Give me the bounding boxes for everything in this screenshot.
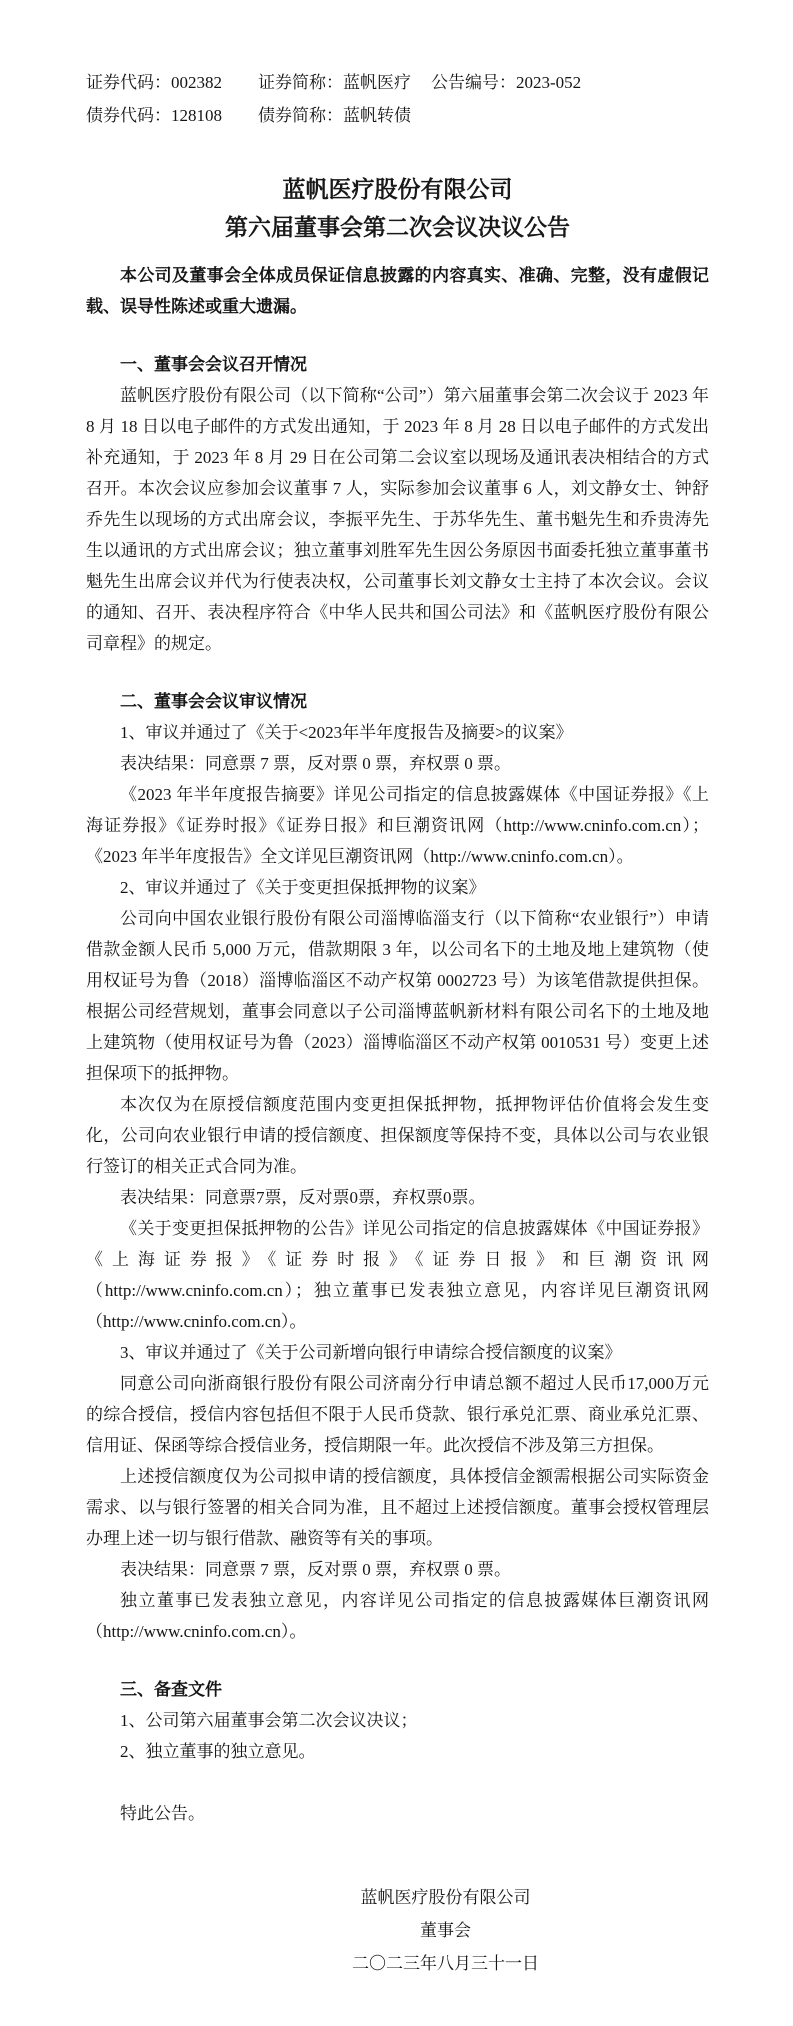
resolution-2-title: 2、审议并通过了《关于变更担保抵押物的议案》	[86, 872, 709, 903]
section-3-heading: 三、备查文件	[86, 1674, 709, 1705]
section-2-heading: 二、董事会会议审议情况	[86, 686, 709, 717]
signature-company: 蓝帆医疗股份有限公司	[352, 1881, 539, 1914]
resolution-1-vote-result: 表决结果：同意票 7 票，反对票 0 票，弃权票 0 票。	[86, 748, 709, 779]
section-1-paragraph: 蓝帆医疗股份有限公司（以下简称“公司”）第六届董事会第二次会议于 2023 年 …	[86, 380, 709, 659]
resolution-1-disclosure: 《2023 年半年度报告摘要》详见公司指定的信息披露媒体《中国证券报》《上海证券…	[86, 779, 709, 872]
reference-doc-2: 2、独立董事的独立意见。	[86, 1736, 709, 1767]
page-title: 蓝帆医疗股份有限公司 第六届董事会第二次会议决议公告	[86, 170, 709, 246]
resolution-2-paragraph-2: 本次仅为在原授信额度范围内变更担保抵押物，抵押物评估价值将会发生变化，公司向农业…	[86, 1089, 709, 1182]
closing-line: 特此公告。	[86, 1798, 709, 1829]
resolution-3-paragraph-1: 同意公司向浙商银行股份有限公司济南分行申请总额不超过人民币17,000万元的综合…	[86, 1368, 709, 1461]
signature-board: 董事会	[352, 1914, 539, 1947]
announcement-document: 证券代码：002382 证券简称：蓝帆医疗 公告编号：2023-052 债券代码…	[0, 0, 793, 2026]
header-spacer	[431, 99, 709, 132]
stock-code: 证券代码：002382	[86, 66, 258, 99]
announcement-number: 公告编号：2023-052	[431, 66, 709, 99]
integrity-statement: 本公司及董事会全体成员保证信息披露的内容真实、准确、完整，没有虚假记载、误导性陈…	[86, 260, 709, 322]
reference-doc-1: 1、公司第六届董事会第二次会议决议；	[86, 1705, 709, 1736]
doc-header: 证券代码：002382 证券简称：蓝帆医疗 公告编号：2023-052 债券代码…	[86, 66, 709, 132]
stock-name: 证券简称：蓝帆医疗	[258, 66, 431, 99]
header-row-2: 债券代码：128108 债券简称：蓝帆转债	[86, 99, 709, 132]
resolution-3-disclosure: 独立董事已发表独立意见，内容详见公司指定的信息披露媒体巨潮资讯网（http://…	[86, 1585, 709, 1647]
title-company-line: 蓝帆医疗股份有限公司	[86, 170, 709, 208]
title-subtitle-line: 第六届董事会第二次会议决议公告	[86, 208, 709, 246]
header-row-1: 证券代码：002382 证券简称：蓝帆医疗 公告编号：2023-052	[86, 66, 709, 99]
resolution-2-disclosure: 《关于变更担保抵押物的公告》详见公司指定的信息披露媒体《中国证券报》《上海证券报…	[86, 1213, 709, 1337]
resolution-3-vote-result: 表决结果：同意票 7 票，反对票 0 票，弃权票 0 票。	[86, 1554, 709, 1585]
resolution-1-title: 1、审议并通过了《关于<2023年半年度报告及摘要>的议案》	[86, 717, 709, 748]
bond-name: 债券简称：蓝帆转债	[258, 99, 431, 132]
signature-date: 二〇二三年八月三十一日	[352, 1947, 539, 1980]
resolution-2-vote-result: 表决结果：同意票7票，反对票0票，弃权票0票。	[86, 1182, 709, 1213]
resolution-3-paragraph-2: 上述授信额度仅为公司拟申请的授信额度，具体授信金额需根据公司实际资金需求、以与银…	[86, 1461, 709, 1554]
resolution-2-paragraph-1: 公司向中国农业银行股份有限公司淄博临淄支行（以下简称“农业银行”）申请借款金额人…	[86, 903, 709, 1089]
resolution-3-title: 3、审议并通过了《关于公司新增向银行申请综合授信额度的议案》	[86, 1337, 709, 1368]
signature-inner: 蓝帆医疗股份有限公司 董事会 二〇二三年八月三十一日	[352, 1881, 539, 1980]
signature-block: 蓝帆医疗股份有限公司 董事会 二〇二三年八月三十一日	[86, 1881, 709, 1980]
section-1-heading: 一、董事会会议召开情况	[86, 349, 709, 380]
bond-code: 债券代码：128108	[86, 99, 258, 132]
